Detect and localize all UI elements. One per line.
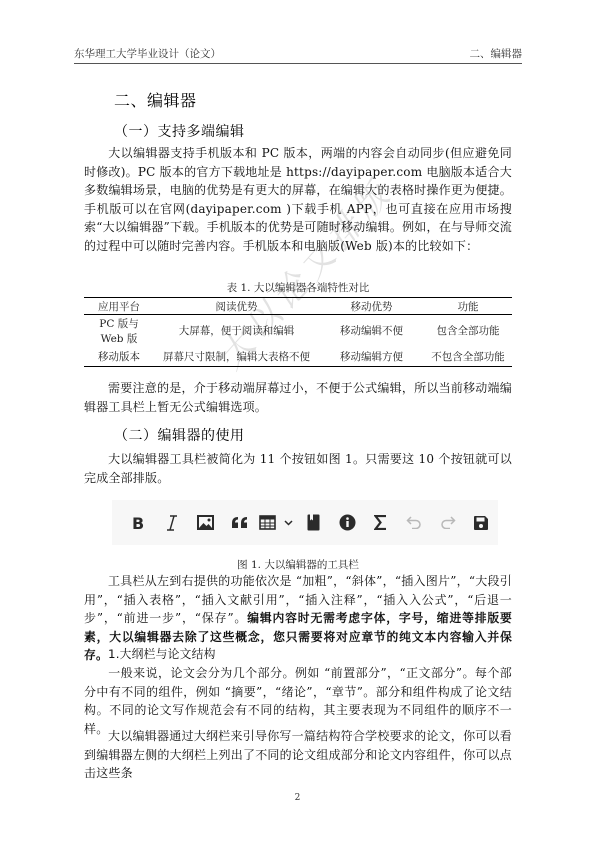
italic-button[interactable] [155,511,188,535]
chevron-down-icon [284,520,293,526]
blockquote-button[interactable] [222,511,255,535]
table-cell: PC 版与 Web 版 [84,315,154,349]
paragraph-text: 需要注意的是，介于移动端屏幕过小，不便于公式编辑，所以当前移动端编辑器工具栏上暂… [84,381,512,414]
table-header-row: 应用平台 阅读优势 移动优势 功能 [84,298,512,315]
image-icon [197,515,214,530]
insert-note-button[interactable] [331,511,364,535]
paragraph-text: 大以编辑器支持手机版本和 PC 版本，两端的内容会自动同步(但应避免同时修改)。… [84,146,512,253]
comparison-table: 应用平台 阅读优势 移动优势 功能 PC 版与 Web 版 大屏幕，便于阅读和编… [84,297,512,367]
table-cell: 屏幕尺寸限制，编辑大表格不便 [154,349,319,367]
page-header: 东华理工大学毕业设计（论文） 二、编辑器 [74,42,522,64]
header-chapter-title: 二、编辑器 [470,46,523,61]
table-row: 移动版本 屏幕尺寸限制，编辑大表格不便 移动编辑方便 不包含全部功能 [84,349,512,367]
table-options-dropdown[interactable] [280,511,298,535]
paragraph-mobile-note: 需要注意的是，介于移动端屏幕过小，不便于公式编辑，所以当前移动端编辑器工具栏上暂… [84,379,512,416]
save-icon [473,515,489,531]
table-cell: 包含全部功能 [424,315,512,349]
chapter-title: 二、编辑器 [114,88,197,111]
insert-image-button[interactable] [189,511,222,535]
redo-icon [440,516,456,529]
paragraph-toolbar-intro: 大以编辑器工具栏被简化为 11 个按钮如图 1。只需要这 10 个按钮就可以完成… [84,450,512,487]
paragraph-text: 大以编辑器工具栏被简化为 11 个按钮如图 1。只需要这 10 个按钮就可以完成… [84,452,512,485]
subheading-outline: 1.大纲栏与论文结构 [84,645,512,664]
table-header-cell: 应用平台 [84,298,154,315]
figure-caption: 图 1. 大以编辑器的工具栏 [84,557,512,572]
table-header-cell: 阅读优势 [154,298,319,315]
info-icon [339,514,356,531]
table-cell: 大屏幕，便于阅读和编辑 [154,315,319,349]
table-header-cell: 移动优势 [319,298,424,315]
table-caption: 表 1. 大以编辑器各端特性对比 [84,280,512,295]
paragraph-multi-platform: 大以编辑器支持手机版本和 PC 版本，两端的内容会自动同步(但应避免同时修改)。… [84,144,512,255]
subheading-text: 1.大纲栏与论文结构 [108,647,216,661]
paragraph-outline-bar: 大以编辑器通过大纲栏来引导你写一篇结构符合学校要求的论文，你可以看到编辑器左侧的… [84,727,512,783]
section-title-multi-platform: （一）支持多端编辑 [114,121,245,141]
table-cell: 移动编辑方便 [319,349,424,367]
table-cell: 移动版本 [84,349,154,367]
table-row: PC 版与 Web 版 大屏幕，便于阅读和编辑 移动编辑不便 包含全部功能 [84,315,512,349]
save-button[interactable] [465,511,498,535]
insert-formula-button[interactable] [364,511,397,535]
book-icon [307,514,320,531]
bold-button[interactable]: B [122,511,155,535]
svg-text:B: B [132,515,144,531]
undo-icon [406,516,422,529]
section-title-editor-usage: （二）编辑器的使用 [114,425,245,445]
insert-citation-button[interactable] [297,511,330,535]
editor-toolbar-figure: B [112,500,498,545]
italic-icon [166,515,178,531]
header-thesis-title: 东华理工大学毕业设计（论文） [74,46,221,61]
sigma-icon [374,515,387,530]
undo-button[interactable] [398,511,431,535]
table-cell: 不包含全部功能 [424,349,512,367]
paragraph-text: 大以编辑器通过大纲栏来引导你写一篇结构符合学校要求的论文，你可以看到编辑器左侧的… [84,729,512,780]
insert-table-button[interactable] [256,511,280,535]
bold-icon: B [132,515,146,531]
page-number: 2 [0,793,595,803]
table-icon [259,515,276,530]
table-header-cell: 功能 [424,298,512,315]
paragraph-text: 一般来说，论文会分为几个部分。例如 “前置部分”，“正文部分”。每个部分中有不同… [84,666,512,736]
quote-icon [231,516,248,529]
table-cell: 移动编辑不便 [319,315,424,349]
redo-button[interactable] [431,511,464,535]
